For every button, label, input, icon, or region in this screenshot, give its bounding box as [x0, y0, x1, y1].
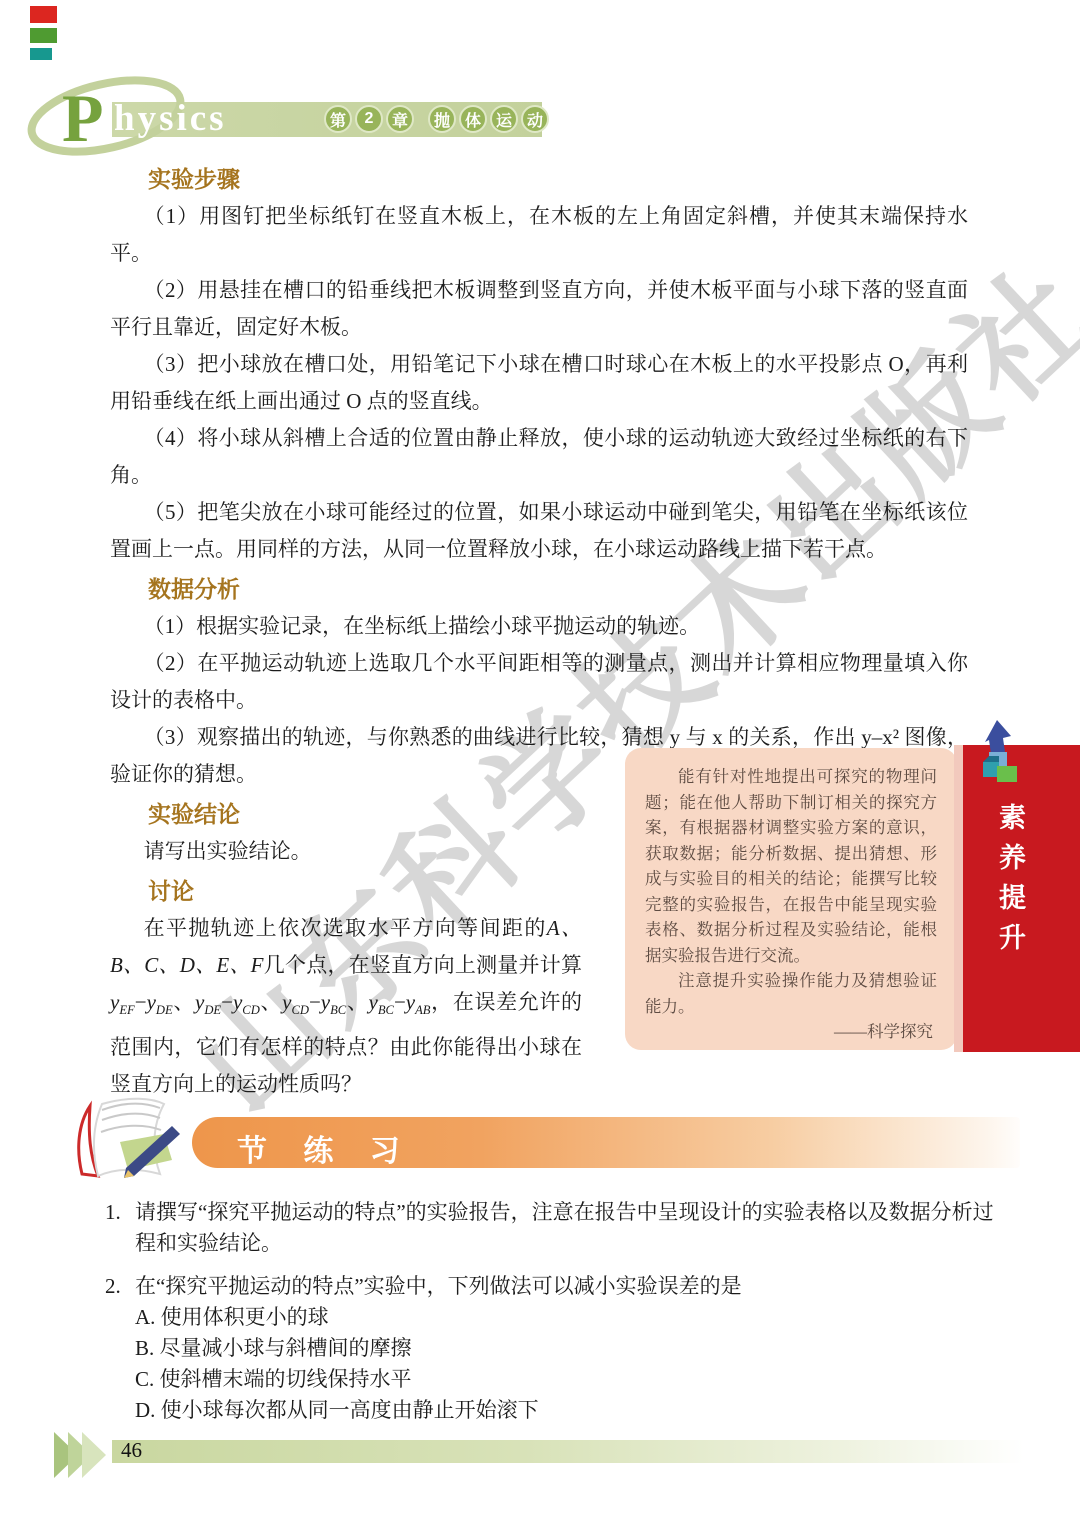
exercise-option: D. 使小球每次都从同一高度由静止开始滚下: [135, 1395, 997, 1426]
step-paragraph: （5）把笔尖放在小球可能经过的位置，如果小球运动中碰到笔尖，用铅笔在坐标纸该位置…: [110, 494, 968, 568]
calibration-mark-teal: [30, 48, 52, 60]
side-banner-label: 素养提升: [991, 803, 1030, 963]
exercise-item: 1.请撰写“探究平抛运动的特点”的实验报告，注意在报告中呈现设计的实验表格以及数…: [105, 1197, 997, 1259]
exercise-item: 2.在“探究平抛运动的特点”实验中，下列做法可以减小实验误差的是A. 使用体积更…: [105, 1271, 997, 1426]
y-difference-formula: yDE−yCD、: [195, 990, 282, 1014]
competency-note-box: 能有针对性地提出可探究的物理问题；能在他人帮助下制订相关的探究方案，有根据器材调…: [625, 748, 957, 1050]
chapter-badge-char: 第: [324, 105, 352, 133]
competency-paragraph-1: 能有针对性地提出可探究的物理问题；能在他人帮助下制订相关的探究方案，有根据器材调…: [645, 764, 937, 968]
analysis-paragraph: （2）在平抛运动轨迹上选取几个水平间距相等的测量点，测出并计算相应物理量填入你设…: [110, 645, 968, 719]
physics-logo-initial: P: [62, 84, 104, 152]
y-difference-formula: yEF−yDE、: [110, 990, 195, 1014]
chapter-badges: 第2章 抛体运动: [324, 105, 549, 133]
analysis-heading: 数据分析: [148, 574, 968, 604]
chapter-number-badges: 第2章: [324, 105, 414, 133]
chapter-badge-char: 2: [355, 105, 383, 133]
page-number: 46: [121, 1438, 142, 1463]
calibration-mark-green: [30, 28, 57, 43]
exercise-list: 1.请撰写“探究平抛运动的特点”的实验报告，注意在报告中呈现设计的实验表格以及数…: [105, 1197, 997, 1438]
competency-paragraph-2: 注意提升实验操作能力及猜想验证能力。: [645, 968, 937, 1019]
step-paragraph: （1）用图钉把坐标纸钉在竖直木板上，在木板的左上角固定斜槽，并使其末端保持水平。: [110, 198, 968, 272]
chapter-title-char: 抛: [428, 105, 456, 133]
section-exercise-label: 节 练 习: [237, 1126, 414, 1170]
section-exercise-banner: 节 练 习: [192, 1117, 1020, 1168]
calibration-mark-red: [30, 6, 57, 23]
competency-attribution: ——科学探究: [645, 1019, 937, 1045]
exercise-text: 请撰写“探究平抛运动的特点”的实验报告，注意在报告中呈现设计的实验表格以及数据分…: [135, 1200, 994, 1255]
footer-chevrons-icon: [52, 1430, 127, 1480]
exercise-option: A. 使用体积更小的球: [135, 1302, 997, 1333]
y-difference-formula: yBC−yAB，: [369, 990, 453, 1014]
chapter-title-char: 运: [490, 105, 518, 133]
exercise-option: B. 尽量减小球与斜槽间的摩擦: [135, 1333, 997, 1364]
experiment-steps-list: （1）用图钉把坐标纸钉在竖直木板上，在木板的左上角固定斜槽，并使其末端保持水平。…: [110, 198, 968, 568]
chapter-title-char: 动: [521, 105, 549, 133]
discussion-text-start: 在平抛轨迹上依次选取水平方向等间距的: [144, 916, 547, 940]
footer-bar: [112, 1440, 1024, 1463]
chapter-title-badges: 抛体运动: [428, 105, 549, 133]
steps-heading: 实验步骤: [148, 164, 968, 194]
stairs-arrow-icon: [967, 718, 1037, 798]
step-paragraph: （3）把小球放在槽口处，用铅笔记下小球在槽口时球心在木板上的水平投影点 O，再利…: [110, 346, 968, 420]
step-paragraph: （2）用悬挂在槽口的铅垂线把木板调整到竖直方向，并使木板平面与小球下落的竖直面平…: [110, 272, 968, 346]
y-difference-formula: yCD−yBC、: [282, 990, 368, 1014]
chapter-badge-char: 章: [386, 105, 414, 133]
exercise-number: 1.: [105, 1197, 121, 1228]
exercise-text: 在“探究平抛运动的特点”实验中，下列做法可以减小实验误差的是: [135, 1274, 742, 1298]
formula-sequence: yEF−yDE、yDE−yCD、yCD−yBC、yBC−yAB，: [110, 990, 453, 1014]
physics-logo-text: hysics: [114, 99, 227, 139]
chapter-title-char: 体: [459, 105, 487, 133]
exercise-option: C. 使斜槽末端的切线保持水平: [135, 1364, 997, 1395]
discussion-text-mid: 几个点，在竖直方向上测量并计算: [264, 953, 582, 977]
analysis-paragraph: （1）根据实验记录，在坐标纸上描绘小球平抛运动的轨迹。: [110, 608, 968, 645]
step-paragraph: （4）将小球从斜槽上合适的位置由静止释放，使小球的运动轨迹大致经过坐标纸的右下角…: [110, 420, 968, 494]
discussion-paragraph: 在平抛轨迹上依次选取水平方向等间距的A、B、C、D、E、F几个点，在竖直方向上测…: [110, 910, 582, 1103]
side-banner-shadow-strip: [954, 745, 963, 1052]
discussion-wrap: 在平抛轨迹上依次选取水平方向等间距的A、B、C、D、E、F几个点，在竖直方向上测…: [110, 910, 582, 1103]
open-book-pencil-icon: [68, 1090, 202, 1190]
exercise-number: 2.: [105, 1271, 121, 1302]
